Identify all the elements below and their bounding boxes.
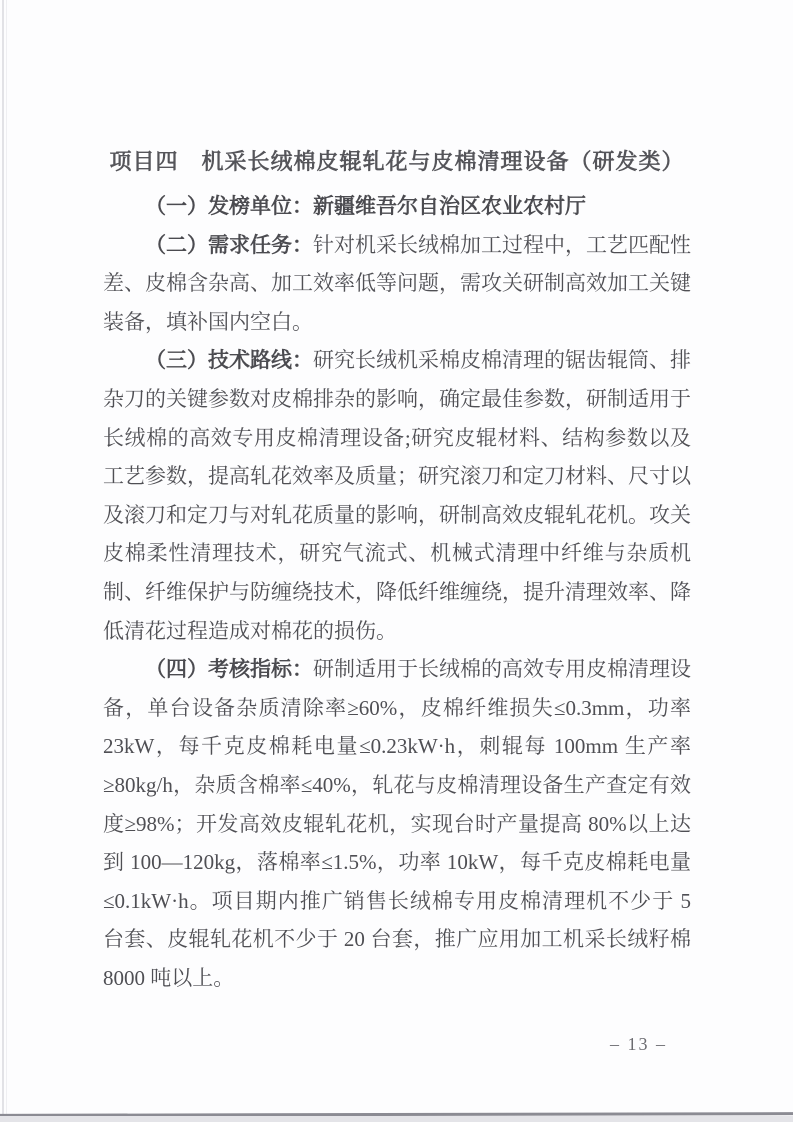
paragraph-technical-route-label: （三）技术路线：: [145, 348, 313, 372]
paragraph-issuer-text: 新疆维吾尔自治区农业农村厅: [313, 194, 586, 218]
paragraph-issuer-label: （一）发榜单位：: [145, 194, 313, 218]
paragraph-assessment-targets-label: （四）考核指标：: [145, 657, 313, 681]
page-number: – 13 –: [610, 1034, 667, 1055]
scan-artifact-left-line: [2, 0, 4, 1122]
paragraph-assessment-targets-text: 研制适用于长绒棉的高效专用皮棉清理设备，单台设备杂质清除率≥60%，皮棉纤维损失…: [103, 657, 691, 990]
scan-artifact-bottom-shadow: [0, 1116, 793, 1122]
document-body: 项目四 机采长绒棉皮辊轧花与皮棉清理设备（研发类） （一）发榜单位：新疆维吾尔自…: [103, 141, 691, 997]
scan-artifact-left-line-2: [6, 0, 7, 1122]
paragraph-demand-task: （二）需求任务：针对机采长绒棉加工过程中，工艺匹配性差、皮棉含杂高、加工效率低等…: [103, 226, 691, 342]
document-page: 项目四 机采长绒棉皮辊轧花与皮棉清理设备（研发类） （一）发榜单位：新疆维吾尔自…: [0, 0, 793, 1122]
paragraph-demand-task-label: （二）需求任务：: [145, 233, 313, 257]
paragraph-issuer: （一）发榜单位：新疆维吾尔自治区农业农村厅: [103, 187, 691, 226]
paragraph-technical-route: （三）技术路线：研究长绒机采棉皮棉清理的锯齿辊筒、排杂刀的关键参数对皮棉排杂的影…: [103, 341, 691, 650]
paragraph-technical-route-text: 研究长绒机采棉皮棉清理的锯齿辊筒、排杂刀的关键参数对皮棉排杂的影响，确定最佳参数…: [103, 348, 691, 642]
page-title: 项目四 机采长绒棉皮辊轧花与皮棉清理设备（研发类）: [103, 141, 691, 183]
paragraph-assessment-targets: （四）考核指标：研制适用于长绒棉的高效专用皮棉清理设备，单台设备杂质清除率≥60…: [103, 650, 691, 997]
